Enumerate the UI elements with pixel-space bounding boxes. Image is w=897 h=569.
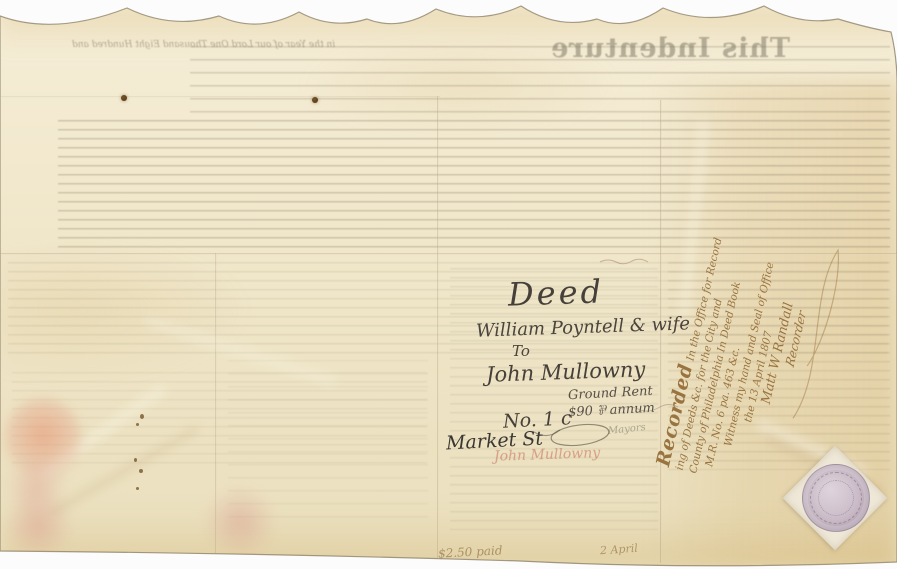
fold-vertical-center (437, 96, 439, 560)
ink-speck (136, 487, 139, 490)
ink-speck (139, 469, 143, 473)
ink-speck (136, 423, 139, 426)
worm-hole (121, 95, 127, 101)
stain-bottom-edge (0, 512, 897, 569)
ink-speck (140, 414, 144, 419)
fold-horizontal-upper (0, 96, 440, 98)
bleedthrough-year-line: in the Year of our Lord One Thousand Eig… (72, 40, 335, 50)
docket-to-label: To (512, 342, 530, 360)
embossed-seal (802, 464, 870, 532)
wax-stain (204, 487, 276, 557)
ink-speck (134, 458, 137, 462)
date-note: 2 April (600, 542, 639, 558)
worm-hole (312, 97, 318, 103)
bleedthrough-lines-body (58, 120, 890, 252)
docket-doc-type: Deed (507, 272, 604, 313)
document-scan: This Indenture in the Year of our Lord O… (0, 0, 897, 569)
bleedthrough-title: This Indenture (550, 33, 790, 64)
wax-stain (4, 492, 72, 558)
